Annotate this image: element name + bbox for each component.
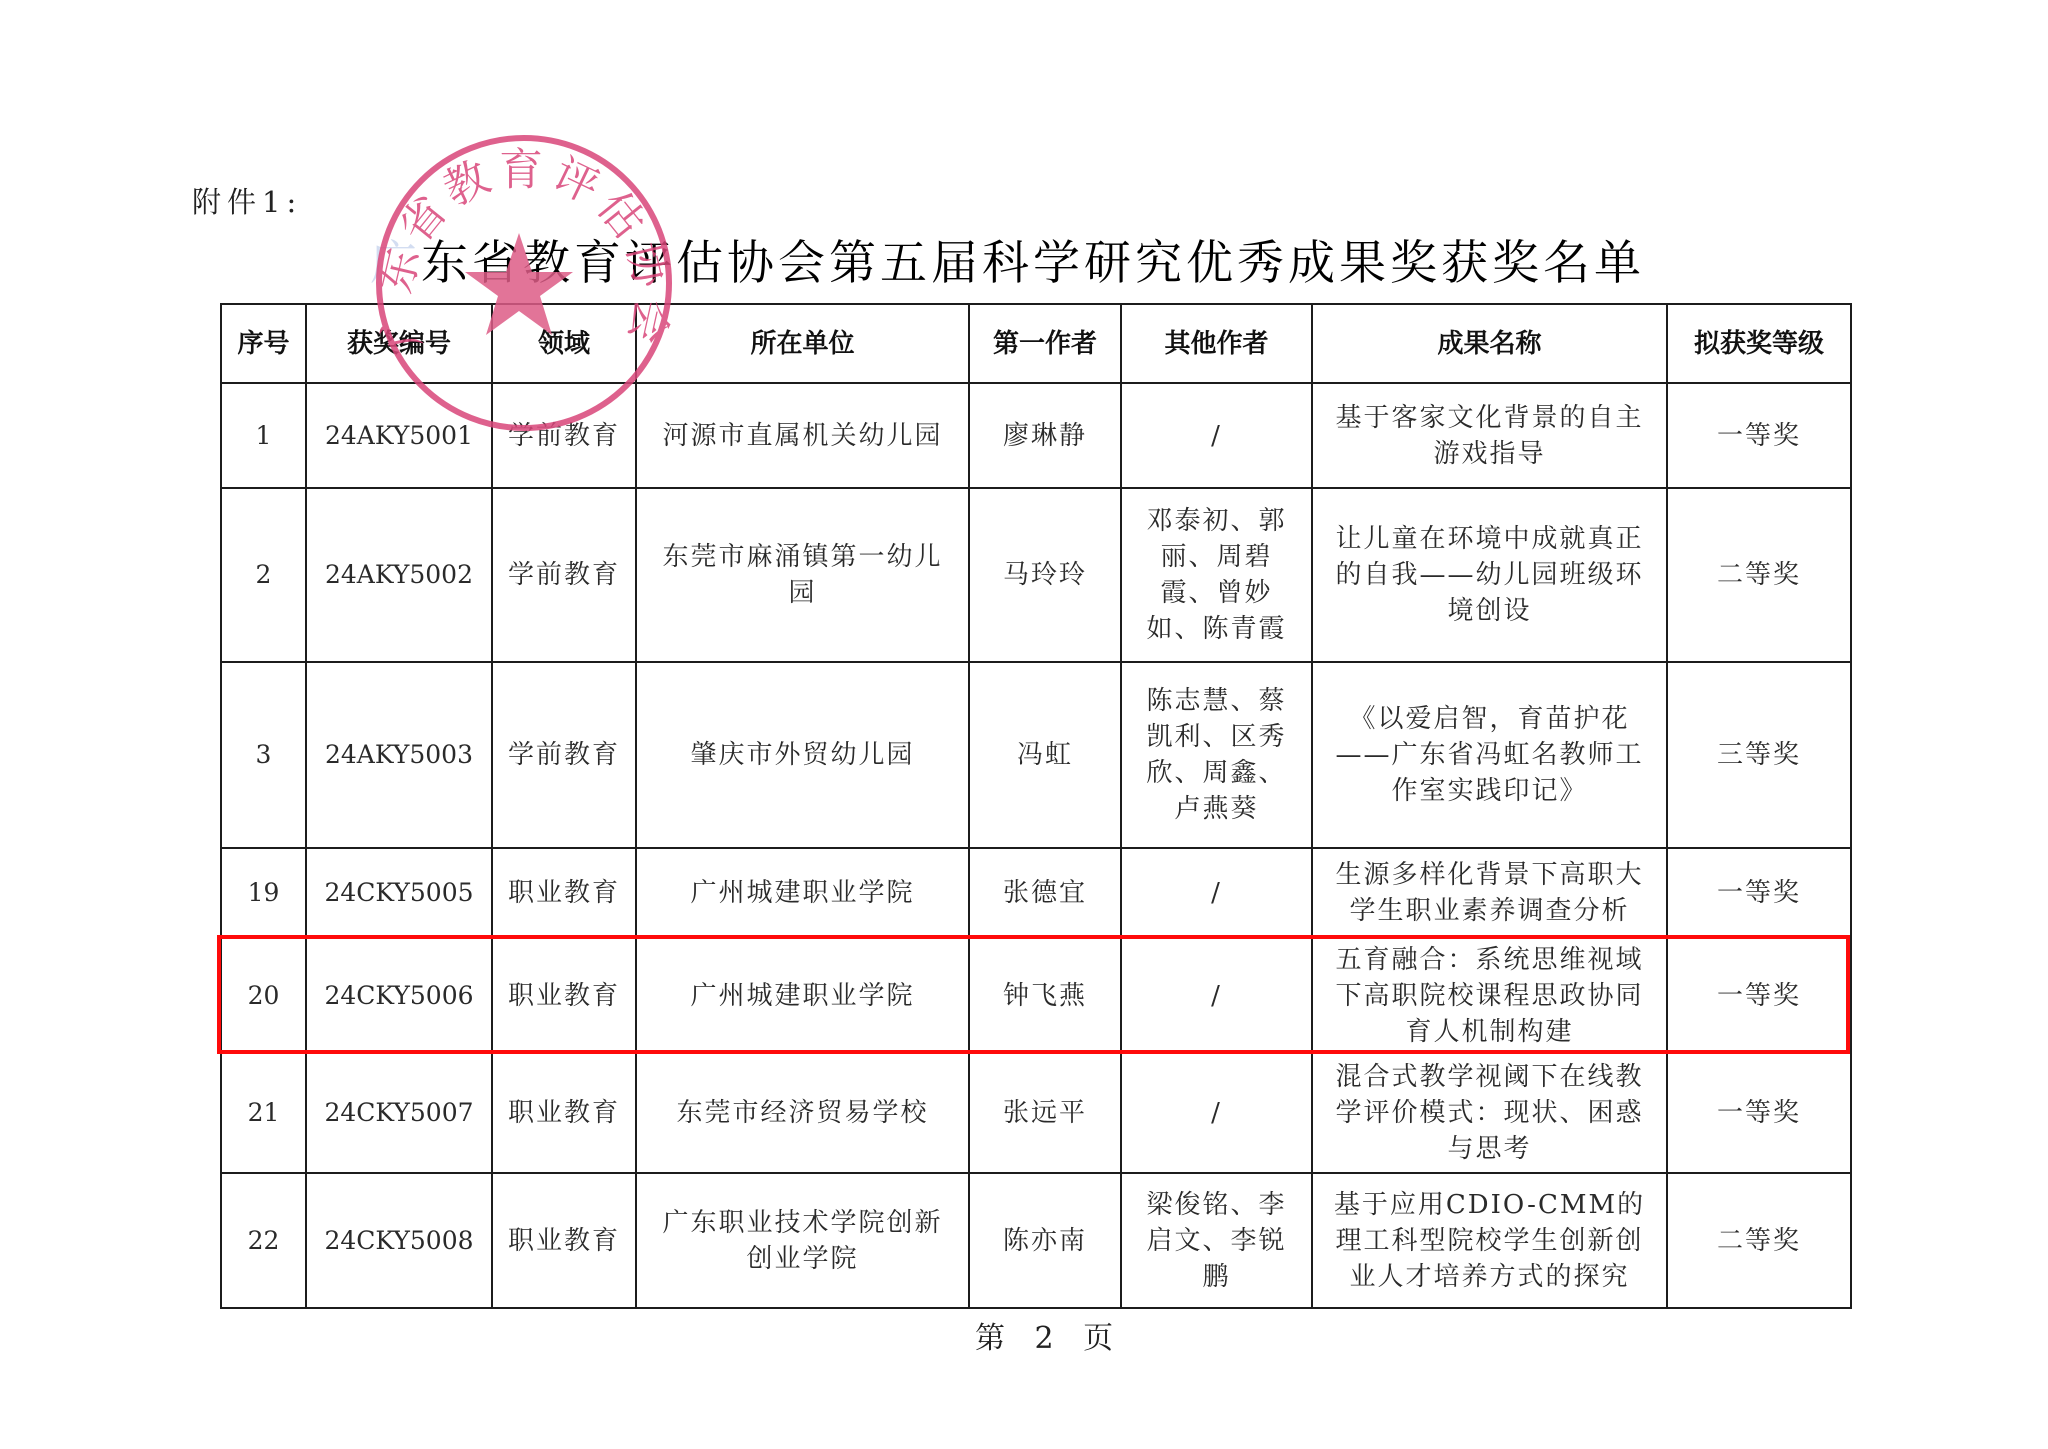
award-list-table: 序号 获奖编号 领域 所在单位 第一作者 其他作者 成果名称 拟获奖等级 1 2… (220, 303, 1852, 1309)
cell-award-level: 二等奖 (1667, 1173, 1851, 1308)
cell-unit: 广东职业技术学院创新创业学院 (636, 1173, 969, 1308)
cell-award-code: 24AKY5003 (306, 662, 492, 848)
table-row: 2 24AKY5002 学前教育 东莞市麻涌镇第一幼儿园 马玲玲 邓泰初、郭丽、… (221, 488, 1851, 662)
cell-award-code: 24AKY5001 (306, 383, 492, 488)
cell-other-authors: 陈志慧、蔡凯利、区秀欣、周鑫、卢燕葵 (1121, 662, 1312, 848)
cell-field: 职业教育 (492, 1173, 636, 1308)
cell-award-level: 一等奖 (1667, 848, 1851, 938)
cell-no: 19 (221, 848, 306, 938)
cell-other-authors: / (1121, 848, 1312, 938)
cell-award-code: 24CKY5005 (306, 848, 492, 938)
cell-award-code: 24CKY5007 (306, 1053, 492, 1173)
cell-no: 21 (221, 1053, 306, 1173)
cell-award-level: 一等奖 (1667, 1053, 1851, 1173)
cell-field: 职业教育 (492, 848, 636, 938)
document-title: 广东省教育评估协会第五届科学研究优秀成果奖获奖名单 (370, 236, 1690, 292)
cell-first-author: 冯虹 (969, 662, 1121, 848)
cell-unit: 广州城建职业学院 (636, 848, 969, 938)
header-result-title: 成果名称 (1312, 304, 1667, 383)
cell-unit: 东莞市经济贸易学校 (636, 1053, 969, 1173)
cell-result-title: 混合式教学视阈下在线教学评价模式：现状、困惑与思考 (1312, 1053, 1667, 1173)
cell-first-author: 廖琳静 (969, 383, 1121, 488)
cell-field: 学前教育 (492, 662, 636, 848)
cell-unit: 东莞市麻涌镇第一幼儿园 (636, 488, 969, 662)
cell-award-code: 24AKY5002 (306, 488, 492, 662)
table-row-highlighted: 20 24CKY5006 职业教育 广州城建职业学院 钟飞燕 / 五育融合：系统… (221, 938, 1851, 1053)
cell-award-level: 二等奖 (1667, 488, 1851, 662)
cell-no: 3 (221, 662, 306, 848)
cell-result-title: 《以爱启智，育苗护花——广东省冯虹名教师工作室实践印记》 (1312, 662, 1667, 848)
cell-other-authors: 邓泰初、郭丽、周碧霞、曾妙如、陈青霞 (1121, 488, 1312, 662)
cell-award-level: 一等奖 (1667, 938, 1851, 1053)
cell-other-authors: / (1121, 383, 1312, 488)
cell-unit: 肇庆市外贸幼儿园 (636, 662, 969, 848)
cell-no: 1 (221, 383, 306, 488)
attachment-label: 附件1: (192, 180, 302, 221)
cell-result-title: 基于客家文化背景的自主游戏指导 (1312, 383, 1667, 488)
header-other-authors: 其他作者 (1121, 304, 1312, 383)
cell-result-title: 基于应用CDIO-CMM的理工科型院校学生创新创业人才培养方式的探究 (1312, 1173, 1667, 1308)
cell-first-author: 陈亦南 (969, 1173, 1121, 1308)
cell-award-code: 24CKY5006 (306, 938, 492, 1053)
header-award-level: 拟获奖等级 (1667, 304, 1851, 383)
cell-other-authors: / (1121, 1053, 1312, 1173)
table-header-row: 序号 获奖编号 领域 所在单位 第一作者 其他作者 成果名称 拟获奖等级 (221, 304, 1851, 383)
title-text: 东省教育评估协会第五届科学研究优秀成果奖获奖名单 (421, 236, 1645, 291)
cell-no: 2 (221, 488, 306, 662)
table-row: 3 24AKY5003 学前教育 肇庆市外贸幼儿园 冯虹 陈志慧、蔡凯利、区秀欣… (221, 662, 1851, 848)
table-row: 19 24CKY5005 职业教育 广州城建职业学院 张德宜 / 生源多样化背景… (221, 848, 1851, 938)
cell-field: 职业教育 (492, 938, 636, 1053)
cell-first-author: 钟飞燕 (969, 938, 1121, 1053)
header-first-author: 第一作者 (969, 304, 1121, 383)
cell-unit: 河源市直属机关幼儿园 (636, 383, 969, 488)
cell-award-level: 一等奖 (1667, 383, 1851, 488)
header-field: 领域 (492, 304, 636, 383)
cell-field: 学前教育 (492, 383, 636, 488)
cell-field: 职业教育 (492, 1053, 636, 1173)
cell-no: 22 (221, 1173, 306, 1308)
cell-first-author: 张德宜 (969, 848, 1121, 938)
cell-other-authors: / (1121, 938, 1312, 1053)
table-row: 1 24AKY5001 学前教育 河源市直属机关幼儿园 廖琳静 / 基于客家文化… (221, 383, 1851, 488)
cell-result-title: 五育融合：系统思维视域下高职院校课程思政协同育人机制构建 (1312, 938, 1667, 1053)
cell-result-title: 让儿童在环境中成就真正的自我——幼儿园班级环境创设 (1312, 488, 1667, 662)
page-number: 第 2 页 (975, 1313, 1123, 1357)
cell-field: 学前教育 (492, 488, 636, 662)
cell-first-author: 张远平 (969, 1053, 1121, 1173)
header-no: 序号 (221, 304, 306, 383)
cell-unit: 广州城建职业学院 (636, 938, 969, 1053)
cell-award-level: 三等奖 (1667, 662, 1851, 848)
cell-result-title: 生源多样化背景下高职大学生职业素养调查分析 (1312, 848, 1667, 938)
table-row: 22 24CKY5008 职业教育 广东职业技术学院创新创业学院 陈亦南 梁俊铭… (221, 1173, 1851, 1308)
cell-no: 20 (221, 938, 306, 1053)
title-obscured-prefix: 广 (370, 236, 421, 291)
cell-first-author: 马玲玲 (969, 488, 1121, 662)
table-row: 21 24CKY5007 职业教育 东莞市经济贸易学校 张远平 / 混合式教学视… (221, 1053, 1851, 1173)
cell-award-code: 24CKY5008 (306, 1173, 492, 1308)
header-unit: 所在单位 (636, 304, 969, 383)
cell-other-authors: 梁俊铭、李启文、李锐鹏 (1121, 1173, 1312, 1308)
header-award-code: 获奖编号 (306, 304, 492, 383)
